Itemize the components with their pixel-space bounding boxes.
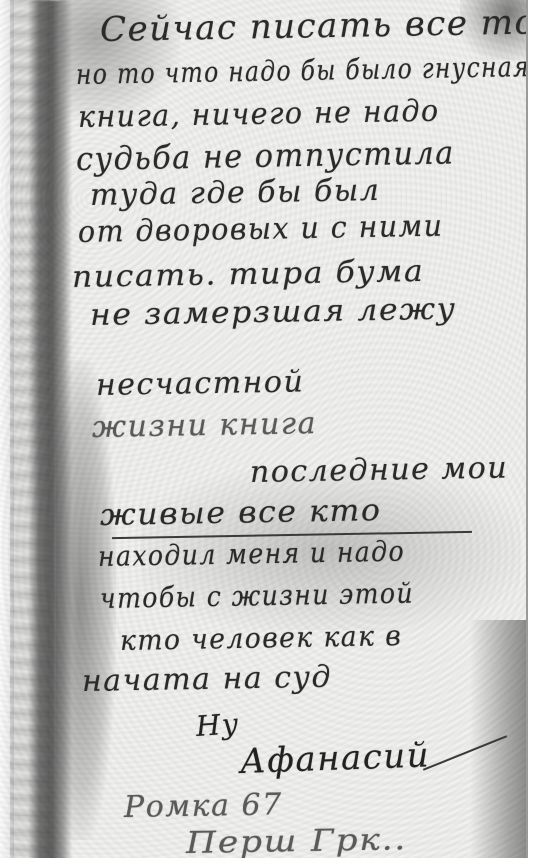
handwritten-line-4: судьба не отпустила <box>76 133 455 178</box>
handwritten-line-14: чтобы с жизни этой <box>100 577 414 615</box>
signature-initials: Ну <box>195 707 241 743</box>
handwritten-line-10: жизни книга <box>92 406 318 445</box>
document-photo: Сейчас писать все то но то что надо бы б… <box>0 0 536 864</box>
signature-line-2: Перш Грк.. <box>186 822 408 861</box>
handwritten-line-8: не замерзшая лежу <box>90 292 457 333</box>
right-margin <box>528 0 536 864</box>
handwritten-line-11: последние мои <box>250 450 509 490</box>
handwritten-line-12: живые все ктo <box>100 493 382 533</box>
handwritten-line-6: от дворовых и с ними <box>78 209 444 250</box>
signature-name: Афанасий <box>239 735 430 782</box>
handwritten-line-15: кто человек как в <box>120 619 403 657</box>
handwritten-line-13: находил меня и надо <box>98 535 406 573</box>
signature-line-1: Ромка 67 <box>124 787 283 825</box>
handwritten-line-3: книга, ничего не надо <box>78 94 440 135</box>
handwritten-line-9: несчастной <box>96 364 305 403</box>
handwritten-line-5: туда где бы был <box>90 173 381 213</box>
bottom-margin <box>0 858 536 864</box>
handwritten-line-1: Сейчас писать все то <box>100 2 536 50</box>
handwritten-line-16: начата на суд <box>82 660 333 699</box>
handwritten-line-7: писать. тира бума <box>72 254 425 295</box>
